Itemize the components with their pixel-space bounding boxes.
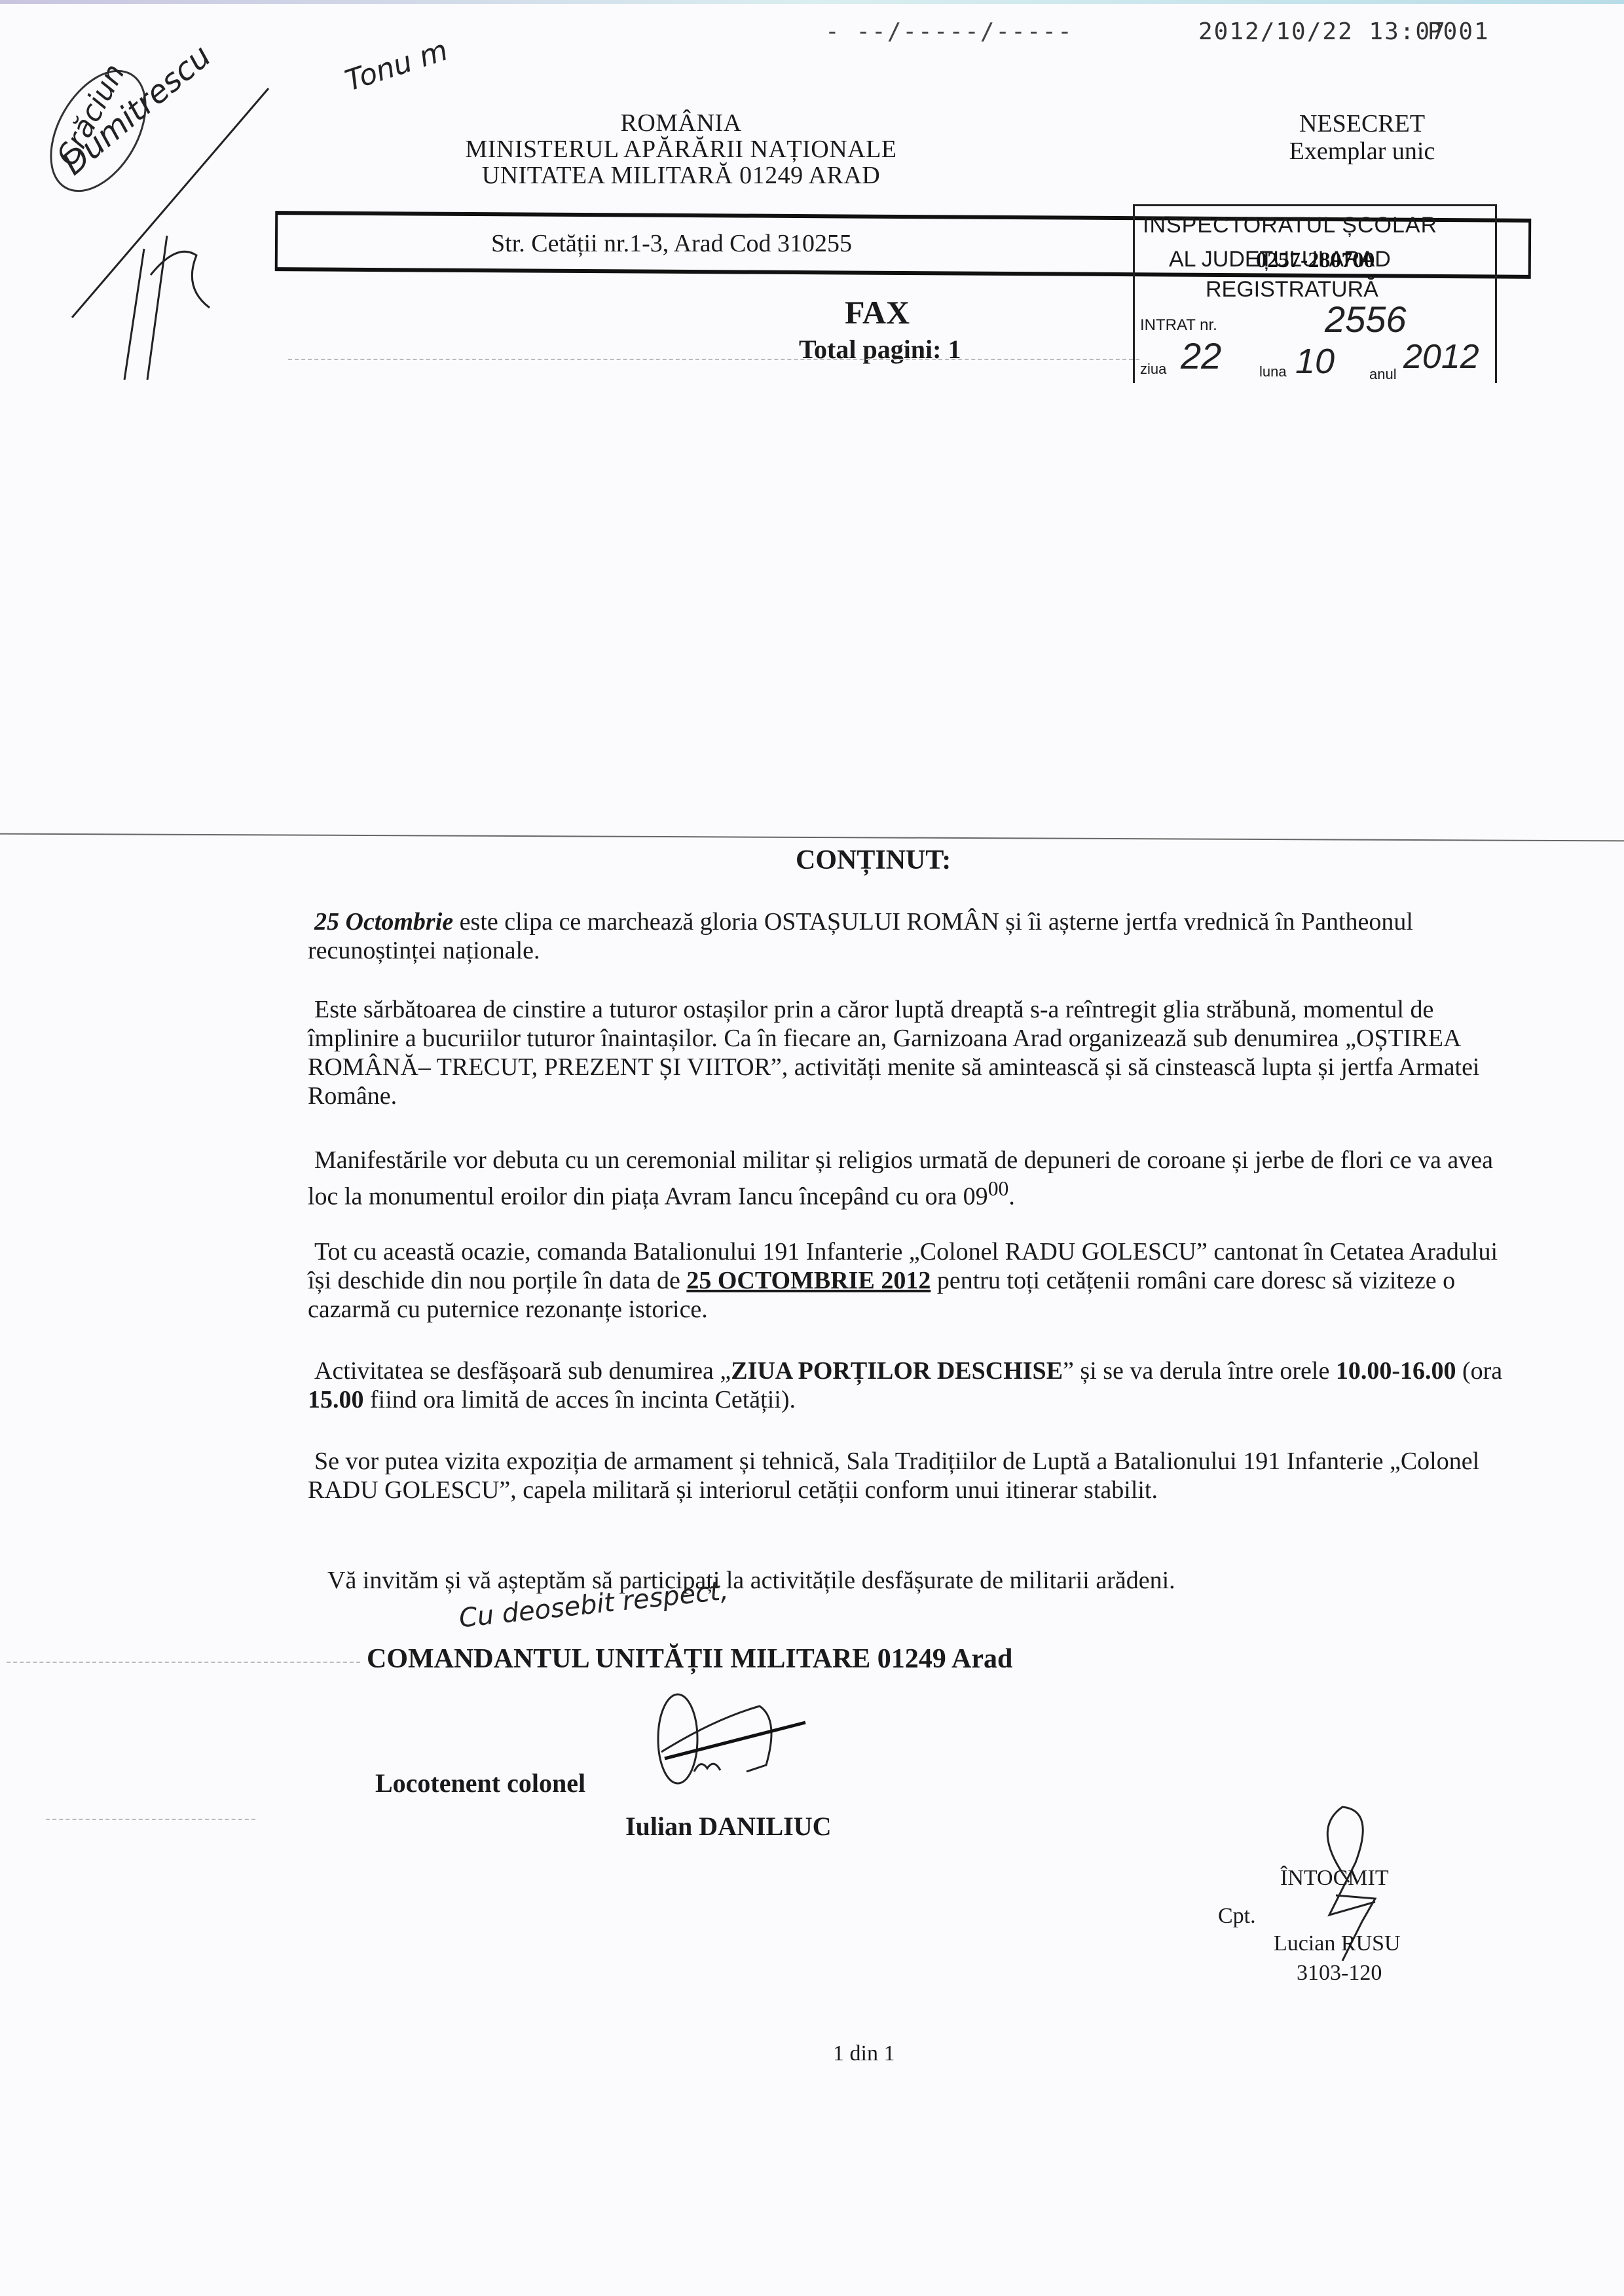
preparer-name: Lucian RUSU — [1274, 1931, 1401, 1956]
fax-sender-number: - --/-----/----- — [825, 18, 1073, 45]
classification-level: NESECRET — [1231, 110, 1493, 137]
stamp-month-label: luna — [1259, 363, 1287, 380]
event-hours: 10.00-16.00 — [1336, 1357, 1456, 1385]
stamp-phone-overprint: 0257-280700 — [1256, 248, 1375, 273]
classification-copy: Exemplar unic — [1231, 137, 1493, 165]
stamp-intrat-number: 2556 — [1325, 298, 1407, 340]
stamp-day-label: ziua — [1140, 361, 1166, 378]
signature-icon — [655, 1693, 864, 1791]
stamp-intrat-label: INTRAT nr. — [1140, 316, 1217, 335]
left-margin-dots-2 — [46, 1819, 255, 1820]
event-name: ZIUA PORȚILOR DESCHISE — [731, 1357, 1063, 1385]
commander-name: Iulian DANILIUC — [625, 1811, 832, 1842]
scan-edge — [0, 0, 1624, 4]
paragraph-1-date: 25 Octombrie — [314, 908, 453, 936]
letterhead-country: ROMÂNIA — [452, 110, 910, 136]
paragraph-4: Tot cu această ocazie, comanda Batalionu… — [308, 1237, 1526, 1324]
page-number: 1 din 1 — [833, 2041, 895, 2066]
fax-title: FAX — [845, 293, 910, 331]
paragraph-6: Se vor putea vizita expoziția de armamen… — [308, 1447, 1526, 1504]
content-title: CONȚINUT: — [796, 845, 951, 876]
classification-block: NESECRET Exemplar unic — [1231, 110, 1493, 165]
letterhead: ROMÂNIA MINISTERUL APĂRĂRII NAȚIONALE UN… — [452, 110, 910, 189]
left-margin-dots — [7, 1662, 360, 1663]
separator-content — [0, 833, 1624, 842]
access-limit: 15.00 — [308, 1386, 364, 1413]
commander-rank: Locotenent colonel — [375, 1768, 585, 1798]
stamp-month-value: 10 — [1295, 341, 1335, 382]
open-day-date: 25 OCTOMBRIE 2012 — [686, 1267, 931, 1294]
fax-datetime: 2012/10/22 13:07 — [1198, 18, 1447, 45]
stamp-year-value: 2012 — [1403, 337, 1479, 376]
stamp-institution: INSPECTORATUL ȘCOLAR — [1143, 213, 1437, 238]
stamp-day-value: 22 — [1181, 335, 1221, 377]
preparer-phone: 3103-120 — [1297, 1961, 1382, 1986]
stamp-year-label: anul — [1369, 366, 1397, 383]
separator-top — [288, 359, 1139, 360]
paragraph-1: 25 Octombrie este clipa ce marchează glo… — [308, 907, 1526, 965]
letterhead-ministry: MINISTERUL APĂRĂRII NAȚIONALE — [452, 136, 910, 162]
registry-stamp: INSPECTORATUL ȘCOLAR AL JUDEȚULUI ARAD 0… — [1133, 204, 1497, 383]
address-text: Str. Cetății nr.1-3, Arad Cod 310255 — [491, 229, 852, 258]
fax-page-code: P001 — [1428, 18, 1490, 45]
preparer-label: ÎNTOCMIT — [1280, 1866, 1389, 1891]
commander-title: COMANDANTUL UNITĂȚII MILITARE 01249 Arad — [367, 1643, 1012, 1675]
paragraph-3: Manifestările vor debuta cu un ceremonia… — [308, 1146, 1526, 1211]
paragraph-5: Activitatea se desfășoară sub denumirea … — [308, 1357, 1526, 1414]
paragraph-7: Vă invităm și vă așteptăm să participați… — [327, 1566, 1545, 1595]
preparer-rank: Cpt. — [1218, 1904, 1256, 1929]
letterhead-unit: UNITATEA MILITARĂ 01249 ARAD — [452, 162, 910, 189]
commander-signature — [655, 1693, 825, 1791]
paragraph-2: Este sărbătoarea de cinstire a tuturor o… — [308, 995, 1526, 1110]
